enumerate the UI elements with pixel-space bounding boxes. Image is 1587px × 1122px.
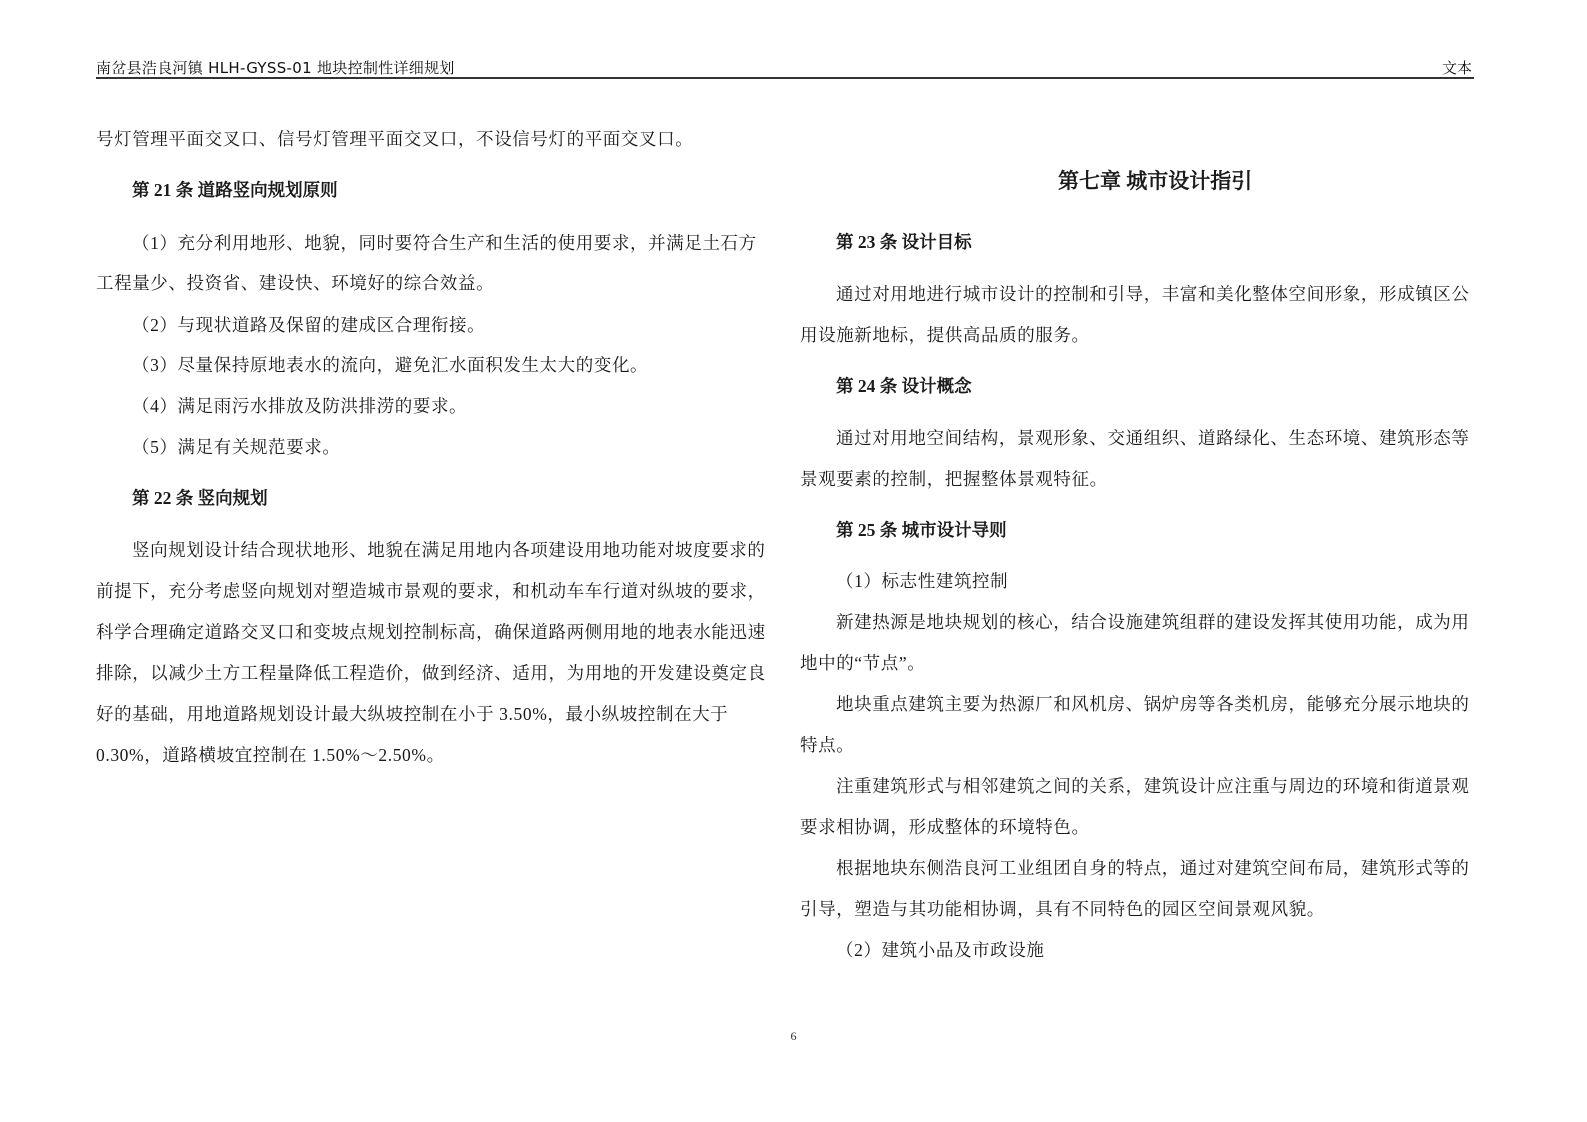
- article-25-paragraph-2: 地块重点建筑主要为热源厂和风机房、锅炉房等各类机房，能够充分展示地块的: [836, 693, 1470, 715]
- article-24-line: 景观要素的控制，把握整体景观特征。: [800, 468, 1108, 490]
- article-25-paragraph-4-cont: 引导，塑造与其功能相协调，具有不同特色的园区空间景观风貌。: [800, 898, 1325, 920]
- article-25-paragraph-1: 新建热源是地块规划的核心，结合设施建筑组群的建设发挥其使用功能，成为用: [836, 611, 1470, 633]
- article-24-line: 通过对用地空间结构，景观形象、交通组织、道路绿化、生态环境、建筑形态等: [836, 427, 1470, 449]
- article-21-item-4: （4）满足雨污水排放及防洪排涝的要求。: [132, 395, 467, 417]
- article-24-heading: 第 24 条 设计概念: [836, 375, 972, 397]
- article-25-heading: 第 25 条 城市设计导则: [836, 519, 1007, 541]
- article-25-paragraph-2-cont: 特点。: [800, 734, 854, 756]
- article-23-line: 通过对用地进行城市设计的控制和引导，丰富和美化整体空间形象，形成镇区公: [836, 283, 1470, 305]
- article-21-item-2: （2）与现状道路及保留的建成区合理衔接。: [132, 314, 485, 336]
- article-25-subheading-1: （1）标志性建筑控制: [836, 570, 1008, 592]
- page-number: 6: [0, 1029, 1587, 1044]
- article-23-heading: 第 23 条 设计目标: [836, 231, 972, 253]
- article-23-line: 用设施新地标，提供高品质的服务。: [800, 324, 1090, 346]
- article-22-line: 排除，以减少土方工程量降低工程造价，做到经济、适用，为用地的开发建设奠定良: [96, 662, 766, 684]
- article-21-item-1-cont: 工程量少、投资省、建设快、环境好的综合效益。: [96, 272, 494, 294]
- continuation-text: 号灯管理平面交叉口、信号灯管理平面交叉口，不设信号灯的平面交叉口。: [96, 128, 693, 150]
- article-25-paragraph-3-cont: 要求相协调，形成整体的环境特色。: [800, 816, 1090, 838]
- document-title: 南岔县浩良河镇 HLH-GYSS-01 地块控制性详细规划: [96, 57, 455, 78]
- article-22-line: 好的基础，用地道路规划设计最大纵坡控制在小于 3.50%，最小纵坡控制在大于: [96, 703, 728, 725]
- article-25-paragraph-4: 根据地块东侧浩良河工业组团自身的特点，通过对建筑空间布局，建筑形式等的: [836, 857, 1470, 879]
- chapter-title: 第七章 城市设计指引: [1058, 168, 1252, 194]
- article-25-paragraph-3: 注重建筑形式与相邻建筑之间的关系，建筑设计应注重与周边的环境和街道景观: [836, 775, 1470, 797]
- article-25-subheading-2: （2）建筑小品及市政设施: [836, 939, 1044, 961]
- article-22-line: 竖向规划设计结合现状地形、地貌在满足用地内各项建设用地功能对坡度要求的: [132, 539, 766, 561]
- article-21-item-5: （5）满足有关规范要求。: [132, 436, 340, 458]
- article-21-item-1: （1）充分利用地形、地貌，同时要符合生产和生活的使用要求，并满足土石方: [132, 232, 757, 254]
- article-22-line: 前提下，充分考虑竖向规划对塑造城市景观的要求，和机动车车行道对纵坡的要求，: [96, 580, 766, 602]
- page-header: 南岔县浩良河镇 HLH-GYSS-01 地块控制性详细规划 文本: [96, 55, 1474, 79]
- article-21-heading: 第 21 条 道路竖向规划原则: [132, 179, 338, 201]
- article-25-paragraph-1-cont: 地中的“节点”。: [800, 652, 925, 674]
- article-22-line: 0.30%，道路横坡宜控制在 1.50%～2.50%。: [96, 744, 445, 766]
- article-22-heading: 第 22 条 竖向规划: [132, 487, 268, 509]
- article-21-item-3: （3）尽量保持原地表水的流向，避免汇水面积发生太大的变化。: [132, 354, 648, 376]
- document-type-label: 文本: [1442, 57, 1472, 78]
- article-22-line: 科学合理确定道路交叉口和变坡点规划控制标高，确保道路两侧用地的地表水能迅速: [96, 621, 766, 643]
